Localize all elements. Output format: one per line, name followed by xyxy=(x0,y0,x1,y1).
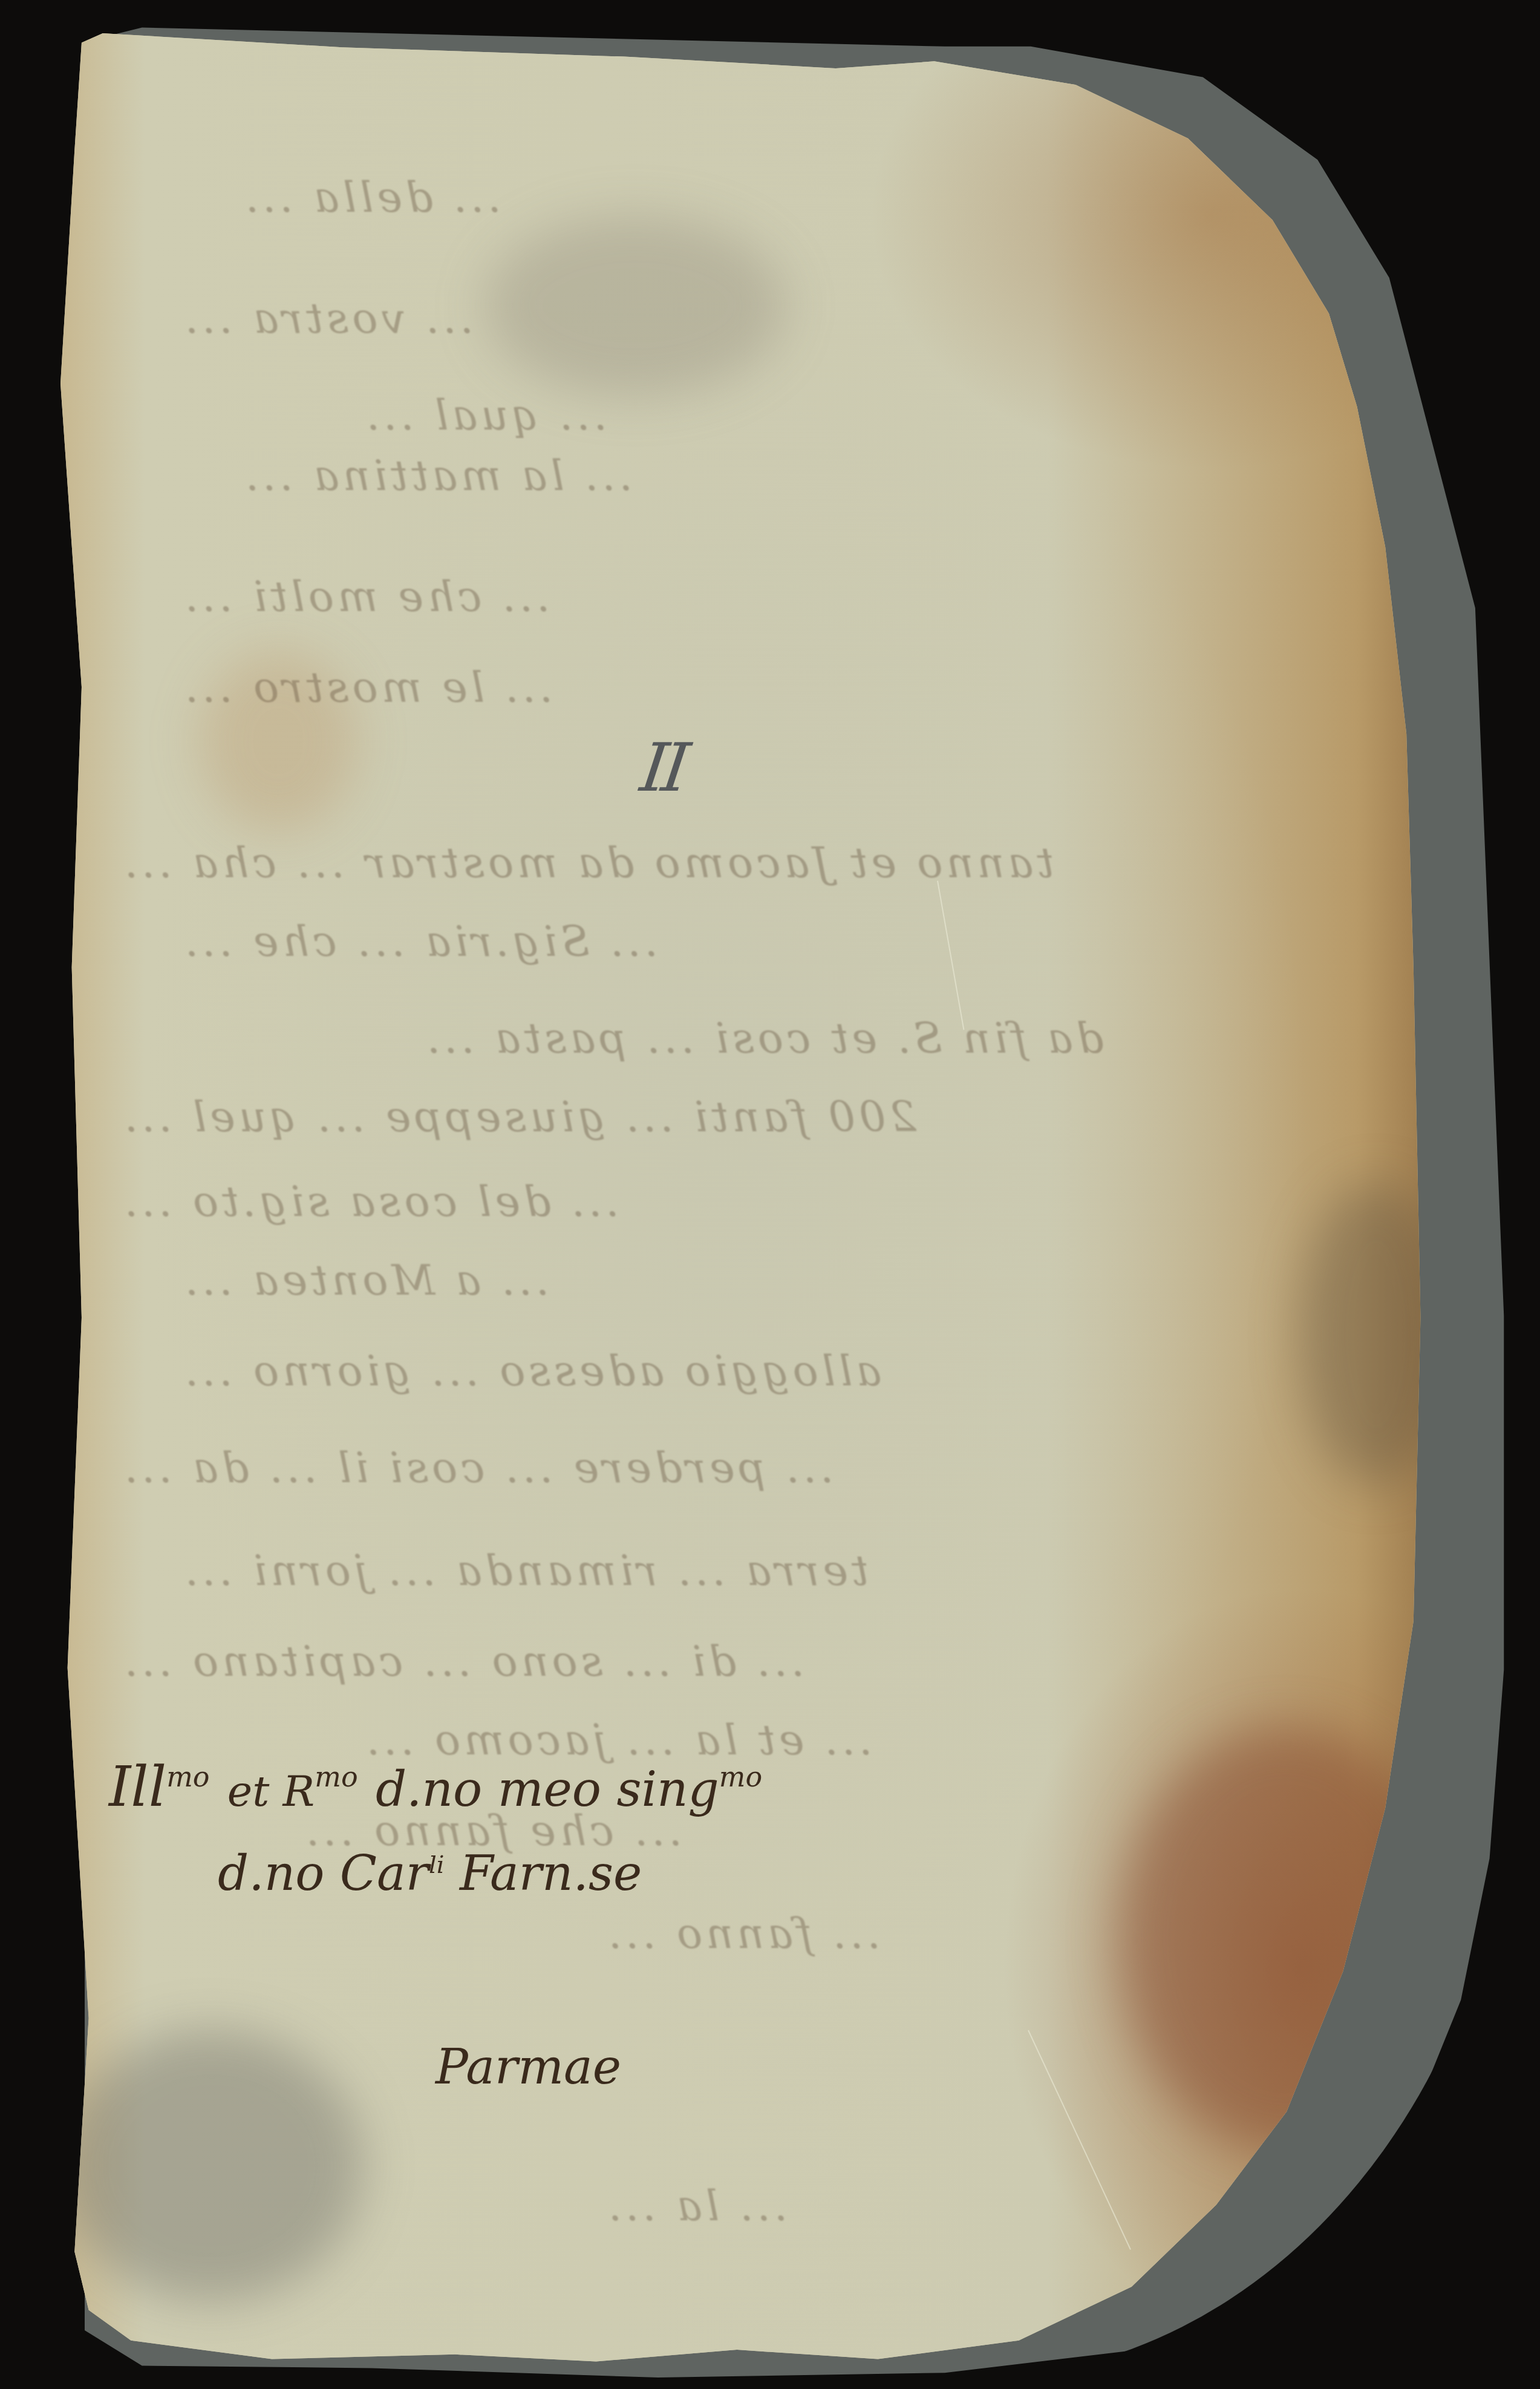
address-ill: Ill xyxy=(109,1754,166,1819)
bleed-line: da fin S. et cosi ... pasta ... xyxy=(423,1013,1103,1063)
bleed-line: ... perdere ... cosi il ... da ... xyxy=(121,1443,834,1492)
bleed-line: ... a Montea ... xyxy=(181,1255,549,1305)
paper-sheet: ... della ... ... vostra ... ... qual ..… xyxy=(60,33,1470,2368)
address-et-rmo: et R xyxy=(227,1766,315,1816)
address-dno-meo: d.no meo sing xyxy=(376,1761,719,1817)
bleed-line: ... le mostro ... xyxy=(181,662,553,712)
address-farnese: Farn.se xyxy=(460,1845,642,1901)
bleed-line: ... che molti ... xyxy=(181,572,550,621)
address-line-1: Illmo et Rmo d.no meo singmo xyxy=(109,1754,762,1819)
address-line-2: d.no Carli Farn.se xyxy=(218,1845,642,1901)
bleed-line: ... della ... xyxy=(242,172,501,222)
address-place: Parmae xyxy=(436,2039,621,2095)
bleed-line: terra ... rimanda ... jorni ... xyxy=(181,1546,869,1595)
bleed-line: 200 fanti ... giuseppe ... quel ... xyxy=(121,1092,916,1142)
bleed-line: ... la mattina ... xyxy=(242,451,633,500)
manuscript-scan: ... della ... ... vostra ... ... qual ..… xyxy=(0,0,1540,2389)
gray-stain-bottom-left xyxy=(60,2030,363,2302)
bleed-line: ... qual ... xyxy=(363,390,607,440)
water-stain-top xyxy=(484,215,786,396)
bleed-line: alloggio adesso ... giorno ... xyxy=(181,1346,881,1396)
address-dno-card: d.no Car xyxy=(218,1845,429,1901)
bleed-line: ... la ... xyxy=(605,2181,788,2230)
bleed-line: ... Sig.ria ... che ... xyxy=(181,917,658,966)
bleed-line: tanno et Jacomo da mostrar ... cha ... xyxy=(121,838,1054,887)
bleed-line: ... del cosa sig.to ... xyxy=(121,1177,619,1226)
address-rmo-sup: mo xyxy=(315,1760,357,1793)
address-ill-sup: mo xyxy=(166,1760,209,1793)
paper-crease xyxy=(937,881,964,1030)
address-card-sup: li xyxy=(429,1851,445,1879)
address-sing-sup: mo xyxy=(719,1760,762,1793)
bleed-line: ... di ... sono ... capitano ... xyxy=(121,1636,804,1686)
paper-crease xyxy=(1028,2030,1131,2250)
bleed-line: ... fanno ... xyxy=(605,1909,881,1958)
bleed-line: ... vostra ... xyxy=(181,293,474,343)
